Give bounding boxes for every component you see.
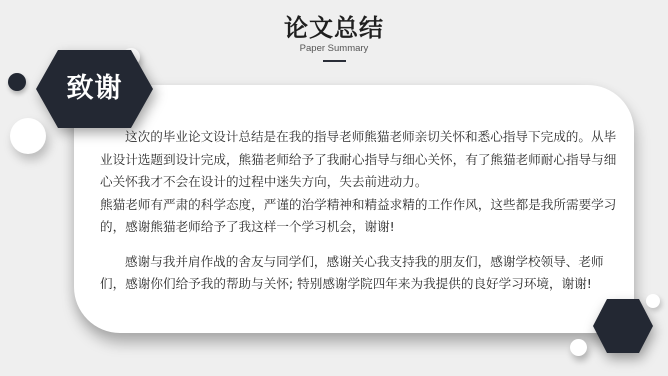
- title-divider: [323, 60, 346, 62]
- paragraph-advisor-attitude: 熊猫老师有严肃的科学态度，严谨的治学精神和精益求精的工作作风，这些都是我所需要学…: [100, 194, 620, 239]
- decorative-white-dot-bottom: [570, 339, 587, 356]
- page-title: 论文总结: [0, 8, 668, 43]
- paragraph-gratitude-advisor: 这次的毕业论文设计总结是在我的指导老师熊猫老师亲切关怀和悉心指导下完成的。从毕业…: [100, 126, 620, 194]
- decorative-dark-dot: [8, 73, 26, 91]
- badge-label: 致谢: [36, 50, 153, 128]
- summary-card-text: 这次的毕业论文设计总结是在我的指导老师熊猫老师亲切关怀和悉心指导下完成的。从毕业…: [100, 126, 620, 296]
- hexagon-decoration-icon: [593, 299, 653, 353]
- decorative-white-dot-right: [646, 294, 660, 308]
- paragraph-thanks-classmates: 感谢与我并肩作战的舍友与同学们，感谢关心我支持我的朋友们，感谢学校领导、老师们，…: [100, 251, 620, 296]
